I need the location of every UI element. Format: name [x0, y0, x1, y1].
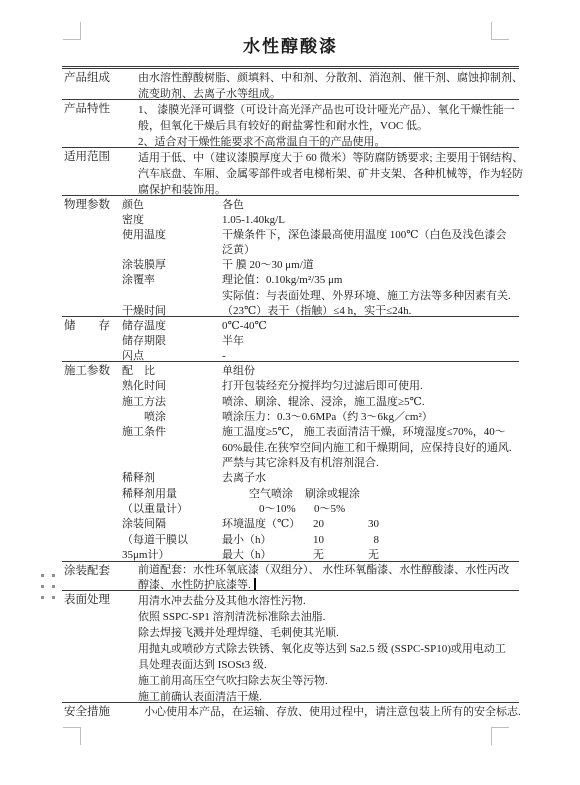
param-name — [122, 289, 222, 304]
param-name: 喷涂 — [122, 410, 222, 425]
row-label: 适用范围 — [62, 148, 122, 195]
param-value: 施工温度≥5℃， 施工表面清洁干燥，环境湿度≤70%，40～ — [222, 425, 519, 440]
thinner-value: 0～10% — [259, 502, 296, 517]
param-value: 各色 — [222, 198, 519, 213]
thinner-col-header: 空气喷涂 — [249, 487, 293, 502]
param-name: 涂覆率 — [122, 273, 222, 288]
param-name: 密度 — [122, 213, 222, 228]
param-value: 去离子水 — [222, 471, 519, 486]
param-value: 实际值：与表面处理、外界环境、施工方法等多种因素有关. — [222, 289, 519, 304]
text-line: 汽车底盘、车厢、金属零部件或者电梯桁架、矿井支架、各种机械等，作为轻防 — [138, 166, 523, 182]
text-cursor — [254, 578, 256, 590]
row-label: 安全措施 — [62, 703, 122, 733]
text-line: 适用于低、中（建议漆膜厚度大于 60 微米）等防腐防锈要求; 主要用于钢结构、 — [138, 150, 523, 166]
param-value: 喷涂、刷涂、辊涂、浸涂，施工温度≥5℃. — [222, 395, 519, 410]
row-label: 储 存 — [62, 317, 122, 361]
param-name: 稀释剂用量 — [122, 487, 222, 502]
param-value: 1.05-1.40kg/L — [222, 213, 519, 228]
param-value: 理论值：0.10kg/m²/35 μm — [222, 273, 519, 288]
param-name — [122, 243, 222, 258]
param-name: （以重量计） — [122, 502, 222, 517]
param-name: 颜色 — [122, 198, 222, 213]
row-physical-parameters: 物理参数 颜色各色 密度1.05-1.40kg/L 使用温度干燥条件下，深色漆最… — [62, 196, 519, 317]
handle-dot — [41, 596, 44, 599]
param-name: （每道干膜以 — [122, 533, 222, 548]
param-value: 泛黄） — [222, 243, 519, 258]
param-name: 储存温度 — [122, 319, 222, 334]
interval-cell: 环境温度（℃） — [222, 517, 300, 532]
interval-cell: 8 — [355, 533, 379, 548]
param-value: 打开包装经充分搅拌均匀过滤后即可使用. — [222, 379, 519, 394]
text-line: 1、 漆膜光泽可调整（可设计高光泽产品也可设计哑光产品）、氧化干燥性能一 — [138, 102, 519, 118]
param-name — [122, 441, 222, 456]
row-storage: 储 存 储存温度0℃-40℃ 储存期限 半年 闪点- — [62, 317, 519, 362]
row-product-composition: 产品组成 由水溶性醇酸树脂、颜填料、中和剂、分散剂、消泡剂、催干剂、腐蚀抑制剂、… — [62, 69, 519, 100]
param-name: 熟化时间 — [122, 379, 222, 394]
text-line: 前道配套：水性环氧底漆（双组分）、 水性环氧酯漆、水性醇酸漆、水性丙改 — [138, 564, 519, 578]
document-title: 水性醇酸漆 — [62, 37, 519, 56]
param-value: 半年 — [222, 334, 519, 349]
row-coating-system: 涂装配套 前道配套：水性环氧底漆（双组分）、 水性环氧酯漆、水性醇酸漆、水性丙改… — [62, 562, 519, 591]
param-name — [122, 456, 222, 471]
spec-table: 产品组成 由水溶性醇酸树脂、颜填料、中和剂、分散剂、消泡剂、催干剂、腐蚀抑制剂、… — [62, 66, 519, 733]
param-name: 储存期限 — [122, 334, 222, 349]
row-surface-preparation: 表面处理 用清水冲去盐分及其他水溶性污物. 依照 SSPC-SP1 溶剂清洗标准… — [62, 591, 519, 703]
row-label: 表面处理 — [62, 591, 122, 702]
param-name: 涂装膜厚 — [122, 258, 222, 273]
row-label: 物理参数 — [62, 196, 122, 316]
text-line: 施工前用高压空气吹扫除去灰尘等污物. — [138, 673, 519, 689]
handle-dot — [52, 585, 55, 588]
param-value: 干燥条件下，深色漆最高使用温度 100℃（白色及浅色漆会 — [222, 228, 519, 243]
param-name: 配 比 — [122, 364, 222, 379]
param-value: 60%最佳.在狭窄空间内施工和干燥期间，应保持良好的通风. — [222, 441, 519, 456]
text-line: 小心使用本产品，在运输、存放、使用过程中，请注意包装上所有的安全标志. — [144, 705, 521, 720]
param-name: 施工条件 — [122, 425, 222, 440]
param-name: 使用温度 — [122, 228, 222, 243]
param-name: 涂装间隔 — [122, 517, 222, 532]
row-application-parameters: 施工参数 配 比单组份 熟化时间打开包装经充分搅拌均匀过滤后即可使用. 施工方法… — [62, 362, 519, 562]
row-product-features: 产品特性 1、 漆膜光泽可调整（可设计高光泽产品也可设计哑光产品）、氧化干燥性能… — [62, 100, 519, 148]
param-name: 施工方法 — [122, 395, 222, 410]
param-name: 稀释剂 — [122, 471, 222, 486]
text-line: 具处理表面达到 ISOSt3 级. — [138, 657, 519, 673]
handle-dot — [41, 574, 44, 577]
row-safety-measures: 安全措施 小心使用本产品，在运输、存放、使用过程中，请注意包装上所有的安全标志. — [62, 703, 519, 733]
text-line: 除去焊接飞溅并处理焊缝、毛刺使其光顺. — [138, 625, 519, 641]
interval-cell: 10 — [313, 533, 324, 548]
text-line: 醇漆、水性防护底漆等. — [138, 578, 519, 593]
thinner-col-header: 刷涂或辊涂 — [305, 487, 360, 502]
interval-cell: 最小（h） — [222, 533, 272, 548]
row-label: 产品组成 — [62, 69, 122, 99]
row-label: 施工参数 — [62, 362, 122, 561]
param-value: 喷涂压力：0.3～0.6MPa（约 3～6kg／cm²） — [222, 410, 519, 425]
handle-dot — [52, 574, 55, 577]
table-handle-dots — [41, 574, 55, 599]
interval-cell: 30 — [355, 517, 379, 532]
thinner-value: 0～5% — [314, 502, 345, 517]
param-value: 严禁与其它涂料及有机溶剂混合. — [222, 456, 519, 471]
text-line: 用清水冲去盐分及其他水溶性污物. — [138, 593, 519, 609]
text-line: 般，但氧化干燥后具有较好的耐盐雾性和耐水性，VOC 低。 — [138, 118, 519, 134]
text-line: 用抛丸或喷砂方式除去铁锈、氧化皮等达到 Sa2.5 级 (SSPC-SP10)或… — [138, 641, 519, 657]
row-label: 涂装配套 — [62, 562, 122, 590]
handle-dot — [52, 596, 55, 599]
text-line: 依照 SSPC-SP1 溶剂清洗标准除去油脂. — [138, 609, 519, 625]
interval-cell: 20 — [313, 517, 324, 532]
param-value: 单组份 — [222, 364, 519, 379]
param-value: 0℃-40℃ — [222, 319, 519, 334]
text-line: 醇漆、水性防护底漆等. — [138, 579, 251, 591]
row-label: 产品特性 — [62, 100, 122, 147]
handle-dot — [41, 585, 44, 588]
text-line: 由水溶性醇酸树脂、颜填料、中和剂、分散剂、消泡剂、催干剂、腐蚀抑制剂、 — [138, 71, 523, 87]
param-value: 干 膜 20～30 μm/道 — [222, 258, 519, 273]
row-application-scope: 适用范围 适用于低、中（建议漆膜厚度大于 60 微米）等防腐防锈要求; 主要用于… — [62, 148, 519, 196]
